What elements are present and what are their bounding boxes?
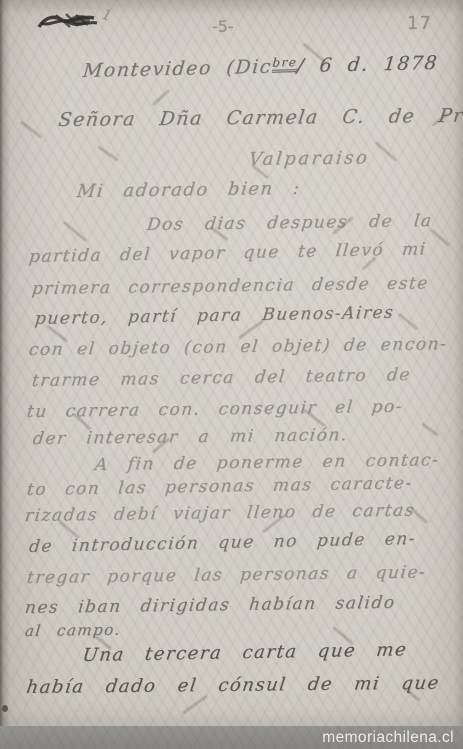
manuscript-line: nes iban dirigidas habían salido bbox=[24, 593, 397, 618]
bleed-stroke bbox=[20, 120, 42, 138]
date-line: Montevideo (Dicbre/ 6 d. 1878 bbox=[82, 52, 439, 82]
date-superscript: bre bbox=[271, 55, 298, 73]
manuscript-line: A fin de ponerme en contac- bbox=[94, 450, 441, 475]
bleed-stroke bbox=[152, 89, 170, 106]
bleed-stroke bbox=[97, 145, 118, 161]
manuscript-line: primera correspondencia desde este bbox=[31, 273, 430, 299]
manuscript-letter-photo: 1 -5- 17 Montevideo (Dicbre/ 6 d. 1878 S… bbox=[0, 0, 463, 749]
bleed-stroke bbox=[63, 221, 88, 243]
ink-dot bbox=[2, 705, 8, 712]
manuscript-line: der interesar a mi nación. bbox=[32, 425, 349, 449]
bleed-stroke bbox=[421, 422, 439, 436]
bleed-stroke bbox=[182, 694, 208, 714]
manuscript-line: to con las personas mas caracte- bbox=[26, 473, 414, 500]
manuscript-line: al campo. bbox=[24, 621, 122, 640]
manuscript-line: rizadas debí viajar lleno de cartas bbox=[24, 501, 416, 526]
manuscript-line: tu carrera con. conseguir el po- bbox=[26, 397, 404, 422]
manuscript-line: de introducción que no pude en- bbox=[28, 529, 417, 557]
manuscript-line: puerto, partí para Buenos-Aires bbox=[34, 303, 395, 329]
salutation-line: Mi adorado bien : bbox=[76, 178, 302, 202]
manuscript-line: Dos dias despues de la bbox=[146, 211, 434, 235]
right-page-number: 17 bbox=[407, 13, 432, 34]
bleed-stroke bbox=[375, 141, 398, 162]
date-prefix: Montevideo (Dic bbox=[82, 56, 273, 82]
small-ink-mark: 1 bbox=[99, 5, 114, 25]
center-page-number: -5- bbox=[212, 17, 234, 36]
watermark-band: memoriachilena.cl bbox=[0, 726, 463, 749]
manuscript-line: tregar porque las personas a quie- bbox=[26, 562, 427, 588]
bleed-stroke bbox=[430, 228, 450, 246]
destination-line: Valparaiso bbox=[248, 147, 371, 170]
manuscript-line: Una tercera carta que me bbox=[81, 639, 408, 666]
bleed-stroke bbox=[398, 313, 418, 331]
recipient-line: Señora Dña Carmela C. de Prat bbox=[57, 105, 463, 131]
watermark-text: memoriachilena.cl bbox=[322, 729, 454, 747]
manuscript-line: había dado el cónsul de mi que bbox=[25, 673, 441, 698]
ink-scribble-strikethrough bbox=[36, 9, 102, 35]
manuscript-line: trarme mas cerca del teatro de bbox=[31, 365, 412, 391]
